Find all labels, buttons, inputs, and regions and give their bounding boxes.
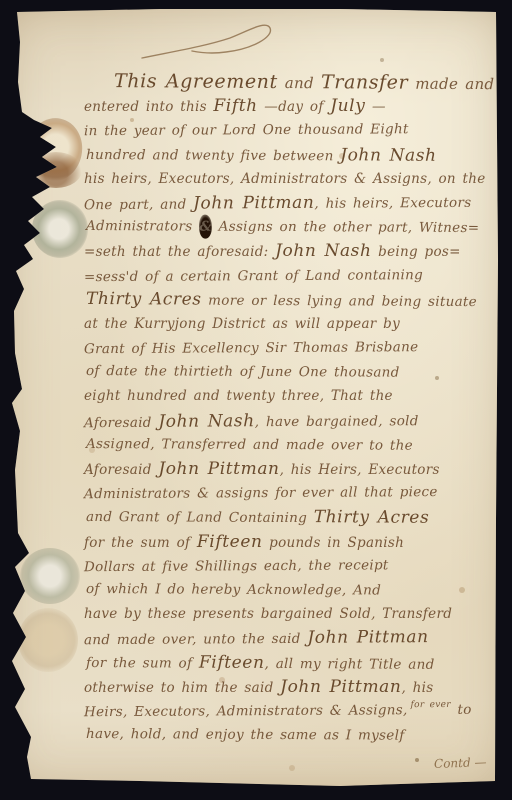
manuscript-line: eight hundred and twenty three, That the [84, 384, 478, 408]
manuscript-line: hundred and twenty five between John Nas… [84, 142, 478, 168]
manuscript-emphasis: John Nash [275, 241, 371, 261]
manuscript-segment: entered into this [84, 99, 213, 115]
manuscript-line: have by these presents bargained Sold, T… [84, 602, 478, 626]
manuscript-line: Aforesaid John Pittman, his Heirs, Execu… [84, 457, 478, 481]
manuscript-line: Dollars at five Shillings each, the rece… [84, 553, 478, 580]
interlined-insertion: for ever [410, 700, 450, 710]
manuscript-segment: , his Heirs, Executors [280, 462, 440, 478]
manuscript-segment: Administrators [86, 218, 199, 235]
scan-background: This Agreement and Transfer made andente… [0, 0, 512, 800]
manuscript-segment: of date the thirtieth of June One thousa… [86, 363, 400, 381]
manuscript-segment: eight hundred and twenty three, That the [84, 388, 393, 404]
manuscript-segment: Assigns on the other part, Witnes= [212, 219, 479, 236]
manuscript-segment: , his heirs, Executors [314, 195, 471, 212]
manuscript-segment: made and [408, 75, 494, 93]
manuscript-line: Heirs, Executors, Administrators & Assig… [84, 698, 478, 725]
manuscript-emphasis: Thirty Acres [314, 508, 430, 529]
manuscript-segment: Heirs, Executors, Administrators & Assig… [84, 702, 408, 720]
manuscript-line: entered into this Fifth —day of July — [84, 94, 478, 118]
manuscript-emphasis: John Nash [340, 145, 437, 166]
manuscript-line: have, hold, and enjoy the same as I myse… [84, 722, 478, 748]
continuation-note: Contd — [433, 755, 486, 771]
manuscript-segment: and [278, 74, 321, 92]
manuscript-line: his heirs, Executors, Administrators & A… [84, 167, 478, 191]
manuscript-line: Aforesaid John Nash, have bargained, sol… [84, 407, 478, 434]
manuscript-emphasis: July [330, 96, 365, 116]
manuscript-segment: Administrators & assigns for ever all th… [84, 484, 438, 502]
manuscript-segment: =seth that the aforesaid: [84, 244, 275, 260]
pen-flourish-icon [140, 16, 290, 64]
manuscript-segment: have, hold, and enjoy the same as I myse… [86, 726, 405, 744]
manuscript-segment: Grant of His Excellency Sir Thomas Brisb… [84, 339, 418, 357]
manuscript-segment: his heirs, Executors, Administrators & A… [84, 171, 486, 187]
manuscript-segment: at the Kurryjong District as will appear… [84, 316, 400, 332]
manuscript-line: at the Kurryjong District as will appear… [84, 312, 478, 336]
manuscript-line: Thirty Acres more or less lying and bein… [84, 287, 478, 313]
manuscript-segment: more or less lying and being situate [202, 292, 477, 309]
manuscript-segment: One part, and [84, 196, 193, 213]
tan-stain-lower [18, 608, 78, 672]
manuscript-line: for the sum of Fifteen, all my right Tit… [84, 649, 478, 675]
manuscript-emphasis: John Nash [158, 411, 255, 432]
ink-blot-correction: & [199, 215, 212, 239]
manuscript-emphasis: Thirty Acres [86, 289, 202, 310]
manuscript-segment: and Grant of Land Containing [86, 509, 314, 526]
manuscript-emphasis: Fifteen [197, 532, 263, 552]
manuscript-segment: =sess'd of a certain Grant of Land conta… [84, 267, 423, 285]
manuscript-segment: in the year of our Lord One thousand Eig… [84, 122, 409, 140]
manuscript-segment: —day of [258, 99, 331, 115]
manuscript-segment: Aforesaid [84, 462, 158, 478]
manuscript-line: Grant of His Excellency Sir Thomas Brisb… [84, 335, 478, 362]
manuscript-line: of date the thirtieth of June One thousa… [84, 359, 478, 385]
green-grey-stain-lower [20, 548, 80, 604]
manuscript-line: in the year of our Lord One thousand Eig… [84, 117, 478, 144]
manuscript-segment: , his [401, 680, 433, 696]
manuscript-segment: otherwise to him the said [84, 680, 280, 696]
manuscript-line: and Grant of Land Containing Thirty Acre… [84, 504, 478, 530]
manuscript-line: otherwise to him the said John Pittman, … [84, 675, 478, 699]
manuscript-segment: , all my right Title and [265, 655, 435, 672]
manuscript-page: This Agreement and Transfer made andente… [0, 0, 512, 800]
manuscript-emphasis: This Agreement [114, 70, 278, 93]
manuscript-segment: to [451, 702, 472, 718]
manuscript-segment: for the sum of [84, 535, 197, 551]
manuscript-line: of which I do hereby Acknowledge, And [84, 577, 478, 603]
manuscript-segment: have by these presents bargained Sold, T… [84, 606, 452, 622]
manuscript-emphasis: John Pittman [280, 677, 401, 697]
manuscript-line: =seth that the aforesaid: John Nash bein… [84, 239, 478, 263]
manuscript-emphasis: John Pittman [158, 459, 279, 479]
manuscript-line: and made over, unto the said John Pittma… [84, 625, 478, 652]
manuscript-segment: pounds in Spanish [263, 535, 405, 551]
manuscript-segment: , have bargained, sold [255, 413, 419, 430]
manuscript-segment: for the sum of [86, 654, 199, 671]
manuscript-emphasis: John Pittman [307, 627, 428, 648]
manuscript-segment: Assigned, Transferred and made over to t… [86, 436, 413, 454]
manuscript-line: Assigned, Transferred and made over to t… [84, 432, 478, 458]
manuscript-segment: Dollars at five Shillings each, the rece… [84, 557, 389, 575]
manuscript-line: Administrators & Assigns on the other pa… [84, 214, 478, 240]
manuscript-text: This Agreement and Transfer made andente… [84, 70, 478, 747]
brown-arc-stain [30, 152, 82, 188]
manuscript-segment: being pos= [372, 244, 461, 260]
manuscript-line: for the sum of Fifteen pounds in Spanish [84, 530, 478, 554]
manuscript-segment: of which I do hereby Acknowledge, And [86, 581, 381, 599]
manuscript-line: This Agreement and Transfer made and [84, 69, 478, 95]
manuscript-emphasis: Fifth [213, 96, 257, 116]
manuscript-emphasis: Transfer [321, 71, 408, 93]
manuscript-segment: Aforesaid [84, 414, 158, 430]
manuscript-segment: and made over, unto the said [84, 631, 307, 648]
manuscript-line: One part, and John Pittman, his heirs, E… [84, 190, 478, 217]
manuscript-segment: — [365, 99, 385, 115]
manuscript-emphasis: John Pittman [193, 193, 314, 214]
manuscript-line: Administrators & assigns for ever all th… [84, 480, 478, 507]
manuscript-line: =sess'd of a certain Grant of Land conta… [84, 262, 478, 289]
manuscript-segment: hundred and twenty five between [86, 147, 340, 164]
manuscript-emphasis: Fifteen [199, 652, 265, 672]
green-grey-stain-upper [32, 200, 88, 258]
